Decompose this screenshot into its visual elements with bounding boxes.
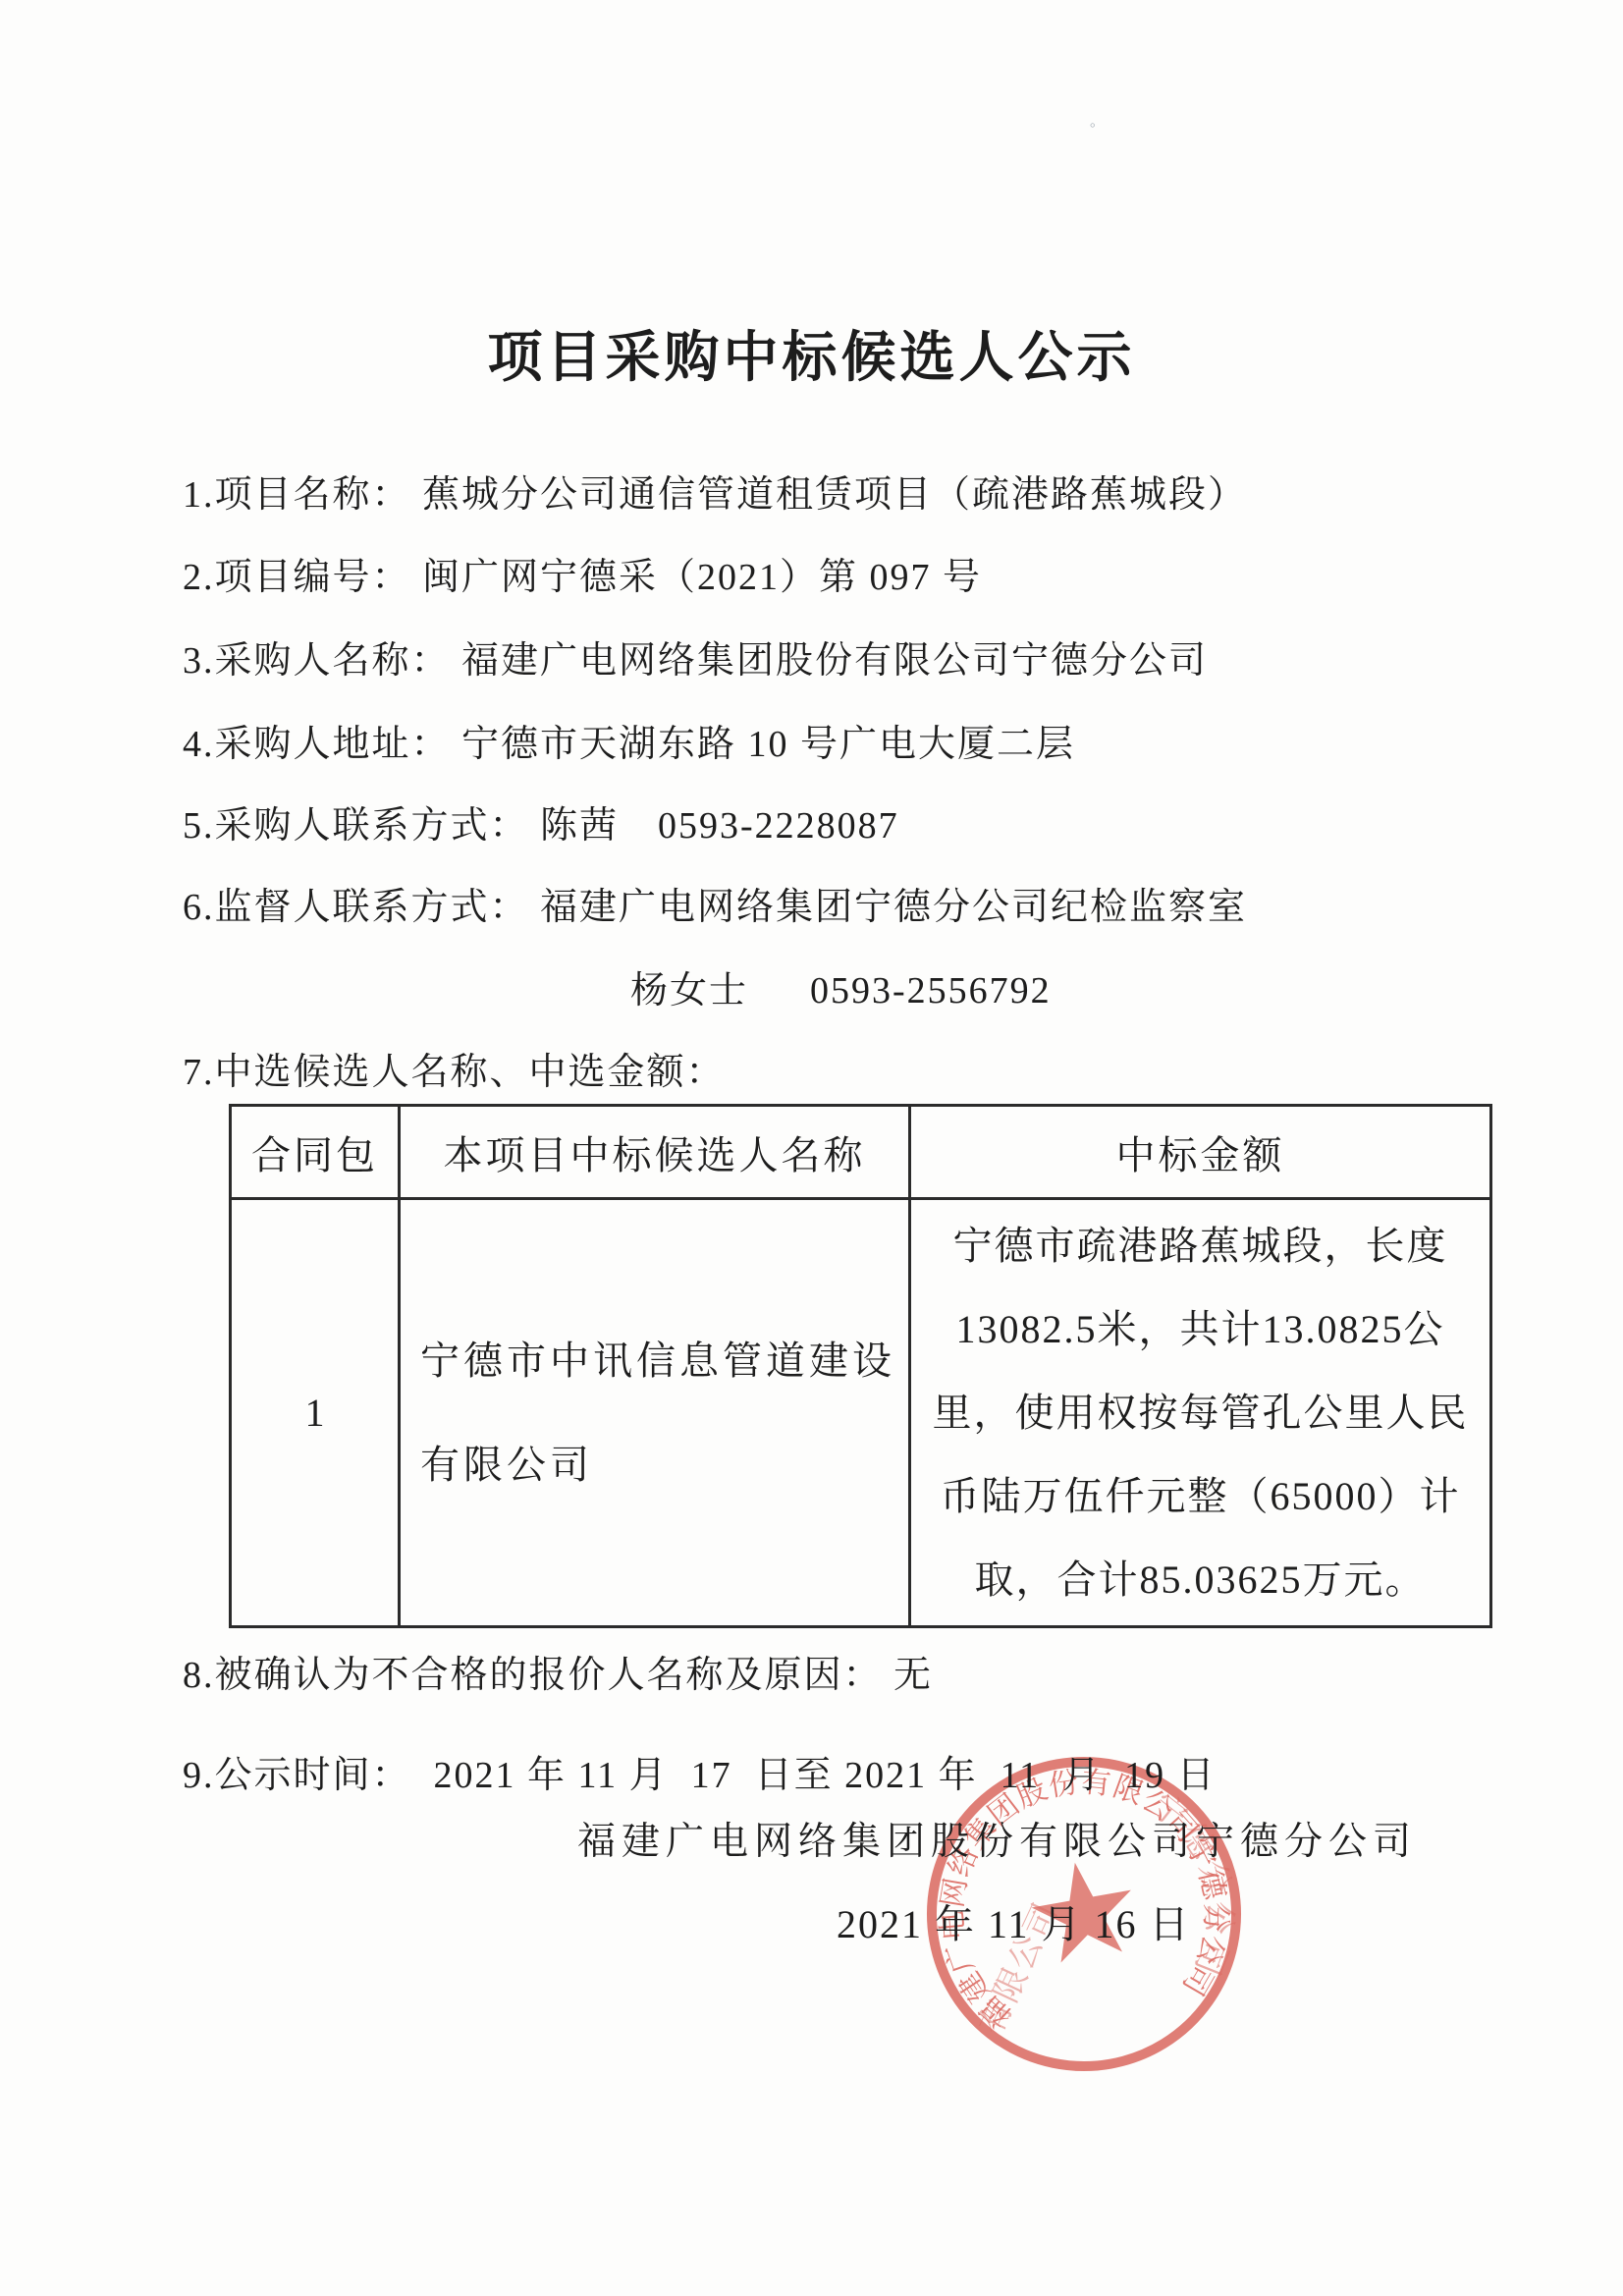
field-purchaser-name: 3.采购人名称： 福建广电网络集团股份有限公司宁德分公司 [183, 629, 1208, 683]
field-publicity-period: 9.公示时间： 2021 年 11 月 17 日至 2021 年 11 月 19… [183, 1744, 1217, 1798]
signature-company: 福建广电网络集团股份有限公司宁德分公司 [577, 1811, 1417, 1866]
field-supervisor-contact: 6.监督人联系方式： 福建广电网络集团宁德分公司纪检监察室 [183, 876, 1247, 930]
field-purchaser-address: 4.采购人地址： 宁德市天湖东路 10 号广电大厦二层 [183, 713, 1075, 767]
scanned-document-page: 。 项目采购中标候选人公示 1.项目名称： 蕉城分公司通信管道租赁项目（疏港路蕉… [0, 0, 1623, 2296]
field-project-number: 2.项目编号： 闽广网宁德采（2021）第 097 号 [183, 546, 982, 600]
table-row: 1 宁德市中讯信息管道建设有限公司 宁德市疏港路蕉城段，长度13082.5米，共… [231, 1199, 1491, 1627]
column-header-amount: 中标金额 [910, 1106, 1491, 1199]
table-header-row: 合同包 本项目中标候选人名称 中标金额 [231, 1106, 1491, 1199]
field-purchaser-contact: 5.采购人联系方式： 陈茜 0593-2228087 [183, 794, 899, 848]
column-header-package: 合同包 [231, 1106, 400, 1199]
cell-package-number: 1 [231, 1199, 400, 1627]
scan-speck: 。 [1090, 110, 1105, 131]
field-supervisor-contact-line2: 杨女士 0593-2556792 [630, 959, 1052, 1013]
field-disqualified-bidders: 8.被确认为不合格的报价人名称及原因： 无 [183, 1644, 933, 1698]
column-header-candidate: 本项目中标候选人名称 [400, 1106, 910, 1199]
cell-bid-amount: 宁德市疏港路蕉城段，长度13082.5米，共计13.0825公里，使用权按每管孔… [910, 1199, 1491, 1627]
field-project-name: 1.项目名称： 蕉城分公司通信管道租赁项目（疏港路蕉城段） [183, 464, 1247, 518]
cell-candidate-name: 宁德市中讯信息管道建设有限公司 [400, 1199, 910, 1627]
page-title: 项目采购中标候选人公示 [0, 314, 1623, 393]
field-candidates-heading: 7.中选候选人名称、中选金额： [183, 1041, 726, 1095]
candidates-table: 合同包 本项目中标候选人名称 中标金额 1 宁德市中讯信息管道建设有限公司 宁德… [229, 1104, 1492, 1628]
signature-date: 2021 年 11 月 16 日 [837, 1893, 1191, 1949]
